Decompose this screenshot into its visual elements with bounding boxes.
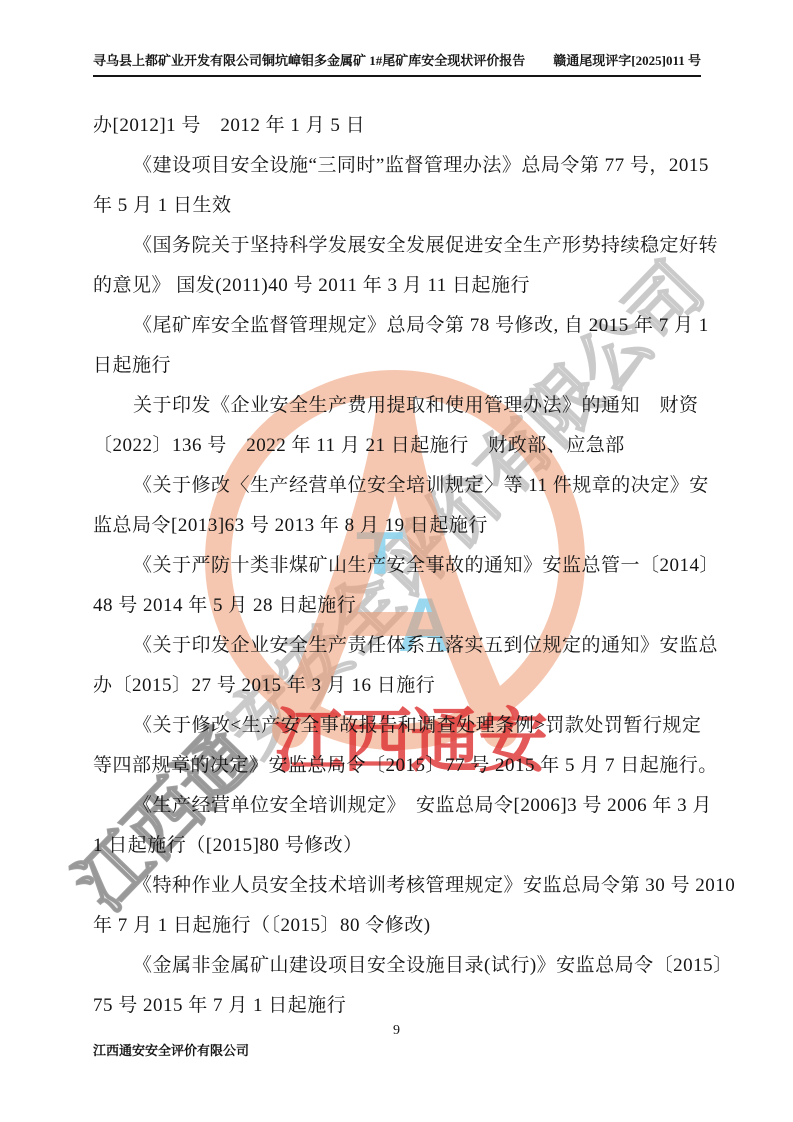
body-line: 《关于印发企业安全生产责任体系五落实五到位规定的通知》安监总 (93, 626, 705, 666)
body-text: 办[2012]1 号 2012 年 1 月 5 日《建设项目安全设施“三同时”监… (93, 106, 705, 1026)
body-line: 《国务院关于坚持科学发展安全发展促进安全生产形势持续稳定好转 (93, 226, 705, 266)
body-line: 〔2022〕136 号 2022 年 11 月 21 日起施行 财政部、应急部 (93, 426, 705, 466)
body-line: 年 7 月 1 日起施行（〔2015〕80 令修改) (93, 906, 705, 946)
header-document-number: 赣通尾现评字[2025]011 号 (553, 50, 701, 69)
body-line: 办〔2015〕27 号 2015 年 3 月 16 日施行 (93, 666, 705, 706)
footer-company-name: 江西通安安全评价有限公司 (93, 1040, 249, 1059)
body-line: 75 号 2015 年 7 月 1 日起施行 (93, 986, 705, 1026)
body-line: 办[2012]1 号 2012 年 1 月 5 日 (93, 106, 705, 146)
body-line: 《关于修改〈生产经营单位安全培训规定〉等 11 件规章的决定》安 (93, 466, 705, 506)
document-page: 江西通安安全评价有限公司 T A 江西通安 寻乌县上都矿业开发有限公司铜坑嶂钼多… (0, 0, 793, 1122)
body-line: 48 号 2014 年 5 月 28 日起施行 (93, 586, 705, 626)
body-line: 关于印发《企业安全生产费用提取和使用管理办法》的通知 财资 (93, 386, 705, 426)
body-line: 《建设项目安全设施“三同时”监督管理办法》总局令第 77 号，2015 (93, 146, 705, 186)
body-line: 《特种作业人员安全技术培训考核管理规定》安监总局令第 30 号 2010 (93, 866, 705, 906)
body-line: 《关于严防十类非煤矿山生产安全事故的通知》安监总管一〔2014〕 (93, 546, 705, 586)
header-report-title: 寻乌县上都矿业开发有限公司铜坑嶂钼多金属矿 1#尾矿库安全现状评价报告 (93, 50, 525, 69)
body-line: 的意见》 国发(2011)40 号 2011 年 3 月 11 日起施行 (93, 266, 705, 306)
body-line: 《金属非金属矿山建设项目安全设施目录(试行)》安监总局令〔2015〕 (93, 946, 705, 986)
page-number: 9 (0, 1023, 793, 1039)
body-line: 《关于修改<生产安全事故报告和调查处理条例>罚款处罚暂行规定 (93, 706, 705, 746)
body-line: 监总局令[2013]63 号 2013 年 8 月 19 日起施行 (93, 506, 705, 546)
body-line: 《生产经营单位安全培训规定》 安监总局令[2006]3 号 2006 年 3 月 (93, 786, 705, 826)
page-header: 寻乌县上都矿业开发有限公司铜坑嶂钼多金属矿 1#尾矿库安全现状评价报告 赣通尾现… (93, 50, 701, 77)
body-line: 1 日起施行（[2015]80 号修改） (93, 826, 705, 866)
body-line: 等四部规章的决定》安监总局令〔2015〕77 号 2015 年 5 月 7 日起… (93, 746, 705, 786)
body-line: 日起施行 (93, 346, 705, 386)
body-line: 年 5 月 1 日生效 (93, 186, 705, 226)
body-line: 《尾矿库安全监督管理规定》总局令第 78 号修改, 自 2015 年 7 月 1 (93, 306, 705, 346)
